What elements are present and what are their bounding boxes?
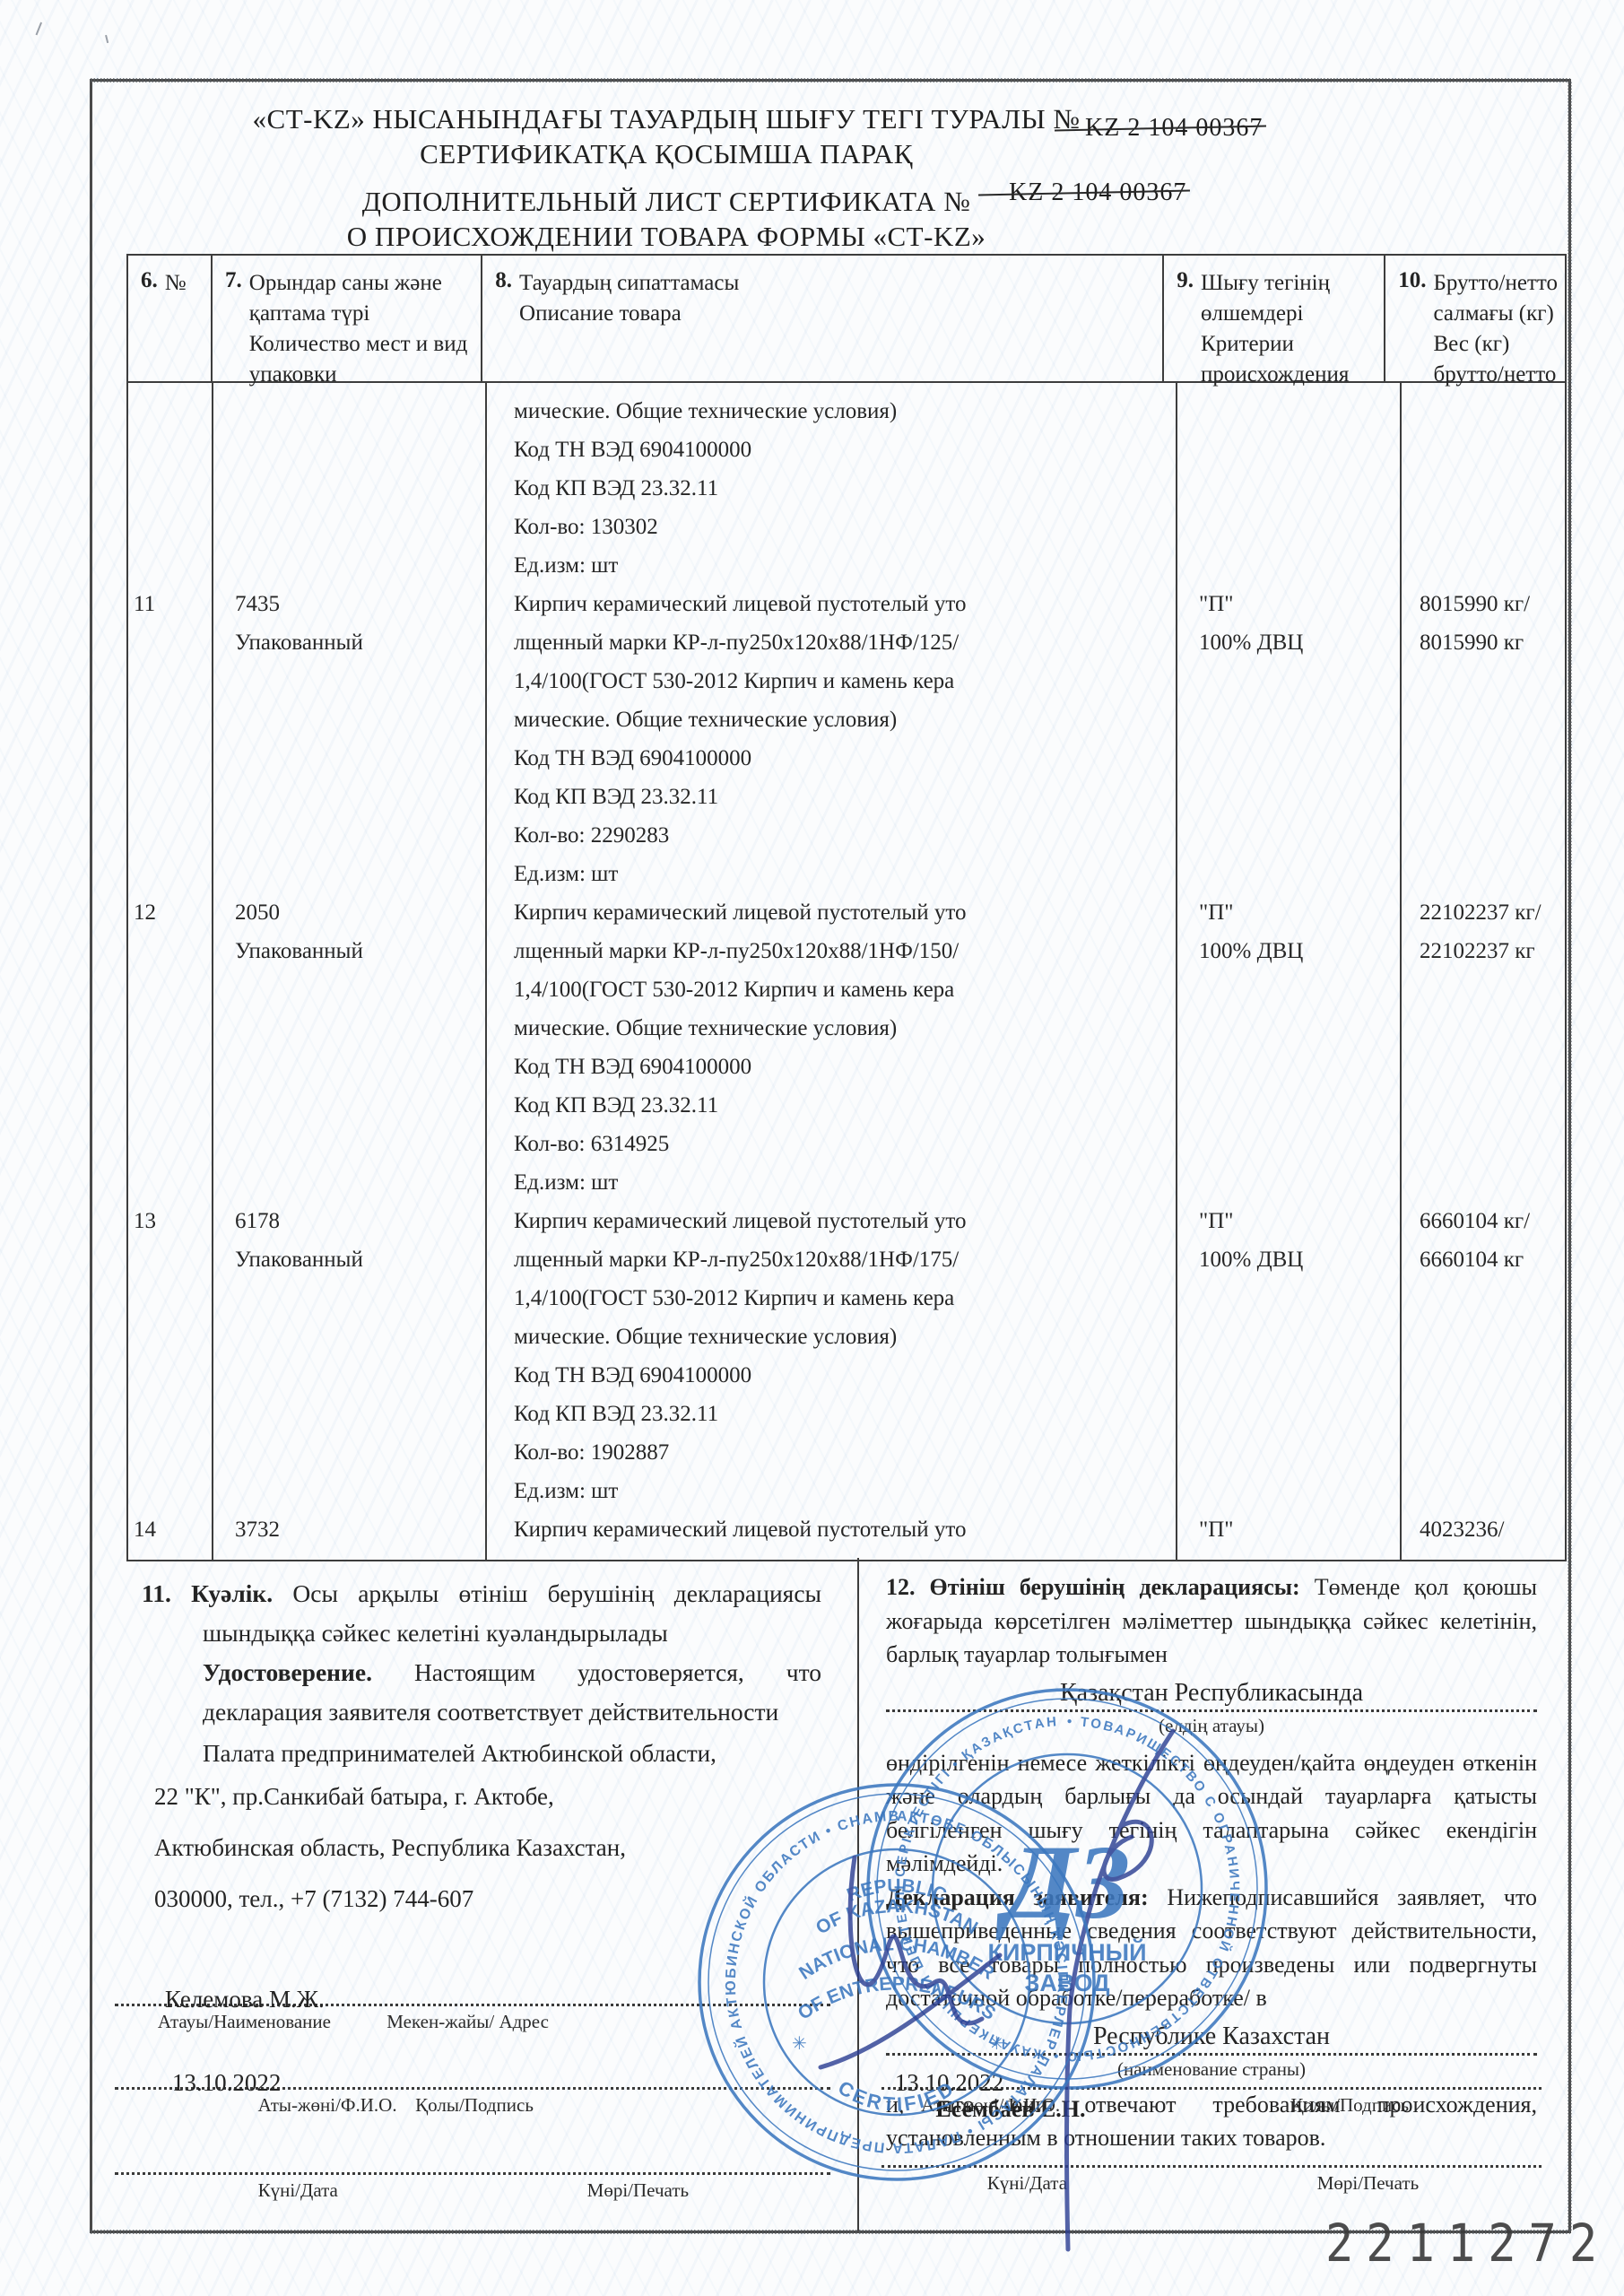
column-label: Орындар саны жәнеқаптама түріКоличество … — [249, 268, 468, 390]
column-header-no: 6. № — [128, 256, 213, 381]
certificate-number-ru: KZ 2 104 00367 — [1009, 178, 1186, 207]
text-line: "П" — [1199, 893, 1393, 932]
text-line: Ед.изм: шт — [514, 1472, 1168, 1510]
column-number: 10. — [1398, 268, 1426, 390]
cell-weight: 8015990 кг/8015990 кг — [1402, 585, 1565, 893]
label-signature: Қолы/Подпись — [1290, 2094, 1409, 2117]
text-line: Кол-во: 1902887 — [514, 1433, 1168, 1472]
cell-desc: Кирпич керамический лицевой пустотелый у… — [487, 1510, 1177, 1560]
text-line: лщенный марки КР-л-пу250х120х88/1НФ/125/ — [514, 623, 1168, 662]
text-line: Кирпич керамический лицевой пустотелый у… — [514, 893, 1168, 932]
svg-text:CERTIFIED: CERTIFIED — [834, 2076, 960, 2116]
text-line: 4023236/ — [1420, 1510, 1558, 1549]
text-line: Ед.изм: шт — [514, 1163, 1168, 1202]
cell-no: 14 — [128, 1510, 213, 1560]
section-number: 11. — [142, 1579, 171, 1607]
text-line: 8015990 кг — [1420, 623, 1558, 662]
text-line: Код ТН ВЭД 6904100000 — [514, 739, 1168, 778]
text-line: лщенный марки КР-л-пу250х120х88/1НФ/175/ — [514, 1240, 1168, 1279]
text-line: 22102237 кг/ — [1420, 893, 1558, 932]
column-label: № — [165, 268, 187, 299]
date-value: 13.10.2022 — [172, 2069, 282, 2097]
text-line: Упакованный — [235, 1240, 478, 1279]
text-line: Кол-во: 6314925 — [514, 1125, 1168, 1163]
text-line: мические. Общие технические условия) — [514, 700, 1168, 739]
text-line: № — [165, 268, 187, 299]
text-line: "П" — [1199, 1510, 1393, 1549]
certificate-number-kk: KZ 2 104 00367 — [1085, 114, 1263, 143]
stamp-arc-kazakhstan: OF KAZAKHSTAN — [812, 1896, 981, 1939]
column-header-weight: 10. Брутто/неттосалмағы (кг)Вес (кг)брут… — [1385, 256, 1565, 381]
cell-weight: 22102237 кг/22102237 кг — [1402, 893, 1565, 1202]
text-line: Код КП ВЭД 23.32.11 — [514, 469, 1168, 508]
text-line: 100% ДВЦ — [1199, 623, 1393, 662]
stamp-star-icon: ✳ — [989, 2034, 1004, 2054]
label-fio: Аты-жөні/Ф.И.О. — [258, 2094, 397, 2117]
text-line: "П" — [1199, 1202, 1393, 1240]
cell-criteria — [1177, 381, 1402, 585]
text-line: 7435 — [235, 585, 478, 623]
text-line: 2050 — [235, 893, 478, 932]
label-stamp: Мөрі/Печать — [1317, 2172, 1419, 2195]
title-ru-line2: О ПРОИСХОЖДЕНИИ ТОВАРА ФОРМЫ «СТ-KZ» — [137, 219, 1195, 254]
text-line: мические. Общие технические условия) — [514, 1318, 1168, 1356]
table-row: мические. Общие технические условия)Код … — [128, 381, 1565, 585]
cell-desc: Кирпич керамический лицевой пустотелый у… — [487, 893, 1177, 1202]
text-line: 14 — [134, 1510, 204, 1549]
text-line: Тауардың сипаттамасы — [519, 268, 739, 299]
column-label: Тауардың сипаттамасыОписание товара — [519, 268, 739, 329]
cell-places: 2050Упакованный — [213, 893, 487, 1202]
column-number: 9. — [1177, 268, 1194, 390]
title-kk-line1: «СТ-KZ» НЫСАНЫНДАҒЫ ТАУАРДЫҢ ШЫҒУ ТЕГІ Т… — [137, 101, 1195, 136]
cell-places — [213, 381, 487, 585]
stamp-arc-certified: CERTIFIED — [834, 2076, 960, 2116]
column-header-places: 7. Орындар саны жәнеқаптама түріКоличест… — [213, 256, 482, 381]
cell-weight — [1402, 381, 1565, 585]
text-line: 6660104 кг/ — [1420, 1202, 1558, 1240]
scan-mark — [105, 33, 116, 43]
text-line: Палата предпринимателей Актюбинской обла… — [154, 1735, 821, 1771]
text-line: Упакованный — [235, 623, 478, 662]
text-line: Количество мест и вид — [249, 329, 468, 360]
text-line: салмағы (кг) — [1434, 299, 1559, 329]
text-line: мические. Общие технические условия) — [514, 392, 1168, 430]
label-signature: Қолы/Подпись — [415, 2094, 534, 2117]
cell-places: 3732 — [213, 1510, 487, 1560]
text-line: өлшемдері — [1201, 299, 1349, 329]
declaration-lead-kk: Өтініш берушінің декларациясы: — [929, 1574, 1299, 1600]
text-line: Шығу тегінің — [1201, 268, 1349, 299]
text-line: Код ТН ВЭД 6904100000 — [514, 430, 1168, 469]
text-line: Кирпич керамический лицевой пустотелый у… — [514, 1510, 1168, 1549]
label-date: Күні/Дата — [258, 2179, 338, 2202]
label-name: Атауы/Наименование — [158, 2011, 331, 2033]
goods-table: 6. № 7. Орындар саны жәнеқаптама түріКол… — [126, 254, 1567, 1561]
cell-criteria: "П"100% ДВЦ — [1177, 893, 1402, 1202]
text-line: Кирпич керамический лицевой пустотелый у… — [514, 1202, 1168, 1240]
certification-lead-kk: Куәлік. — [191, 1579, 273, 1607]
cell-no — [128, 381, 213, 585]
chamber-seal-stamp: АҚТӨБЕ ОБЛЫСЫНЫҢ КӘСІПКЕРЛЕР ПАЛАТАСЫ • … — [686, 1771, 1107, 2193]
text-line: Ед.изм: шт — [514, 546, 1168, 585]
table-header-row: 6. № 7. Орындар саны жәнеқаптама түріКол… — [128, 256, 1565, 383]
text-line: қаптама түрі — [249, 299, 468, 329]
cell-desc: мические. Общие технические условия)Код … — [487, 381, 1177, 585]
column-number: 7. — [225, 268, 242, 390]
text-line: 13 — [134, 1202, 204, 1240]
cell-desc: Кирпич керамический лицевой пустотелый у… — [487, 1202, 1177, 1510]
declaration-paragraph-kk: 12. Өтініш берушінің декларациясы: Төмен… — [886, 1570, 1537, 1672]
text-line: Кол-во: 2290283 — [514, 816, 1168, 855]
form-serial-number: 2211272 — [1325, 2213, 1610, 2274]
certificate-page: «СТ-KZ» НЫСАНЫНДАҒЫ ТАУАРДЫҢ ШЫҒУ ТЕГІ Т… — [0, 0, 1624, 2296]
cell-criteria: "П"100% ДВЦ — [1177, 585, 1402, 893]
cell-no: 12 — [128, 893, 213, 1202]
cell-places: 6178Упакованный — [213, 1202, 487, 1510]
text-line: 100% ДВЦ — [1199, 1240, 1393, 1279]
column-label: Шығу тегініңөлшемдеріКритериипроисхожден… — [1201, 268, 1349, 390]
title-kk-line2: СЕРТИФИКАТҚА ҚОСЫМША ПАРАҚ — [137, 136, 1195, 171]
text-line: Брутто/нетто — [1434, 268, 1559, 299]
text-line: Вес (кг) — [1434, 329, 1559, 360]
text-line: "П" — [1199, 585, 1393, 623]
certification-text-kk: Осы арқылы өтініш берушінің декларациясы… — [203, 1579, 821, 1647]
table-row: 143732Кирпич керамический лицевой пустот… — [128, 1510, 1565, 1560]
text-line: Ед.изм: шт — [514, 855, 1168, 893]
text-line: 6660104 кг — [1420, 1240, 1558, 1279]
text-line: Орындар саны және — [249, 268, 468, 299]
text-line: 6178 — [235, 1202, 478, 1240]
text-line: 100% ДВЦ — [1199, 932, 1393, 970]
table-row: 136178УпакованныйКирпич керамический лиц… — [128, 1202, 1565, 1510]
stamp-star-icon: ✳ — [792, 2034, 807, 2054]
text-line: 1,4/100(ГОСТ 530-2012 Кирпич и камень ке… — [514, 1279, 1168, 1318]
cell-weight: 6660104 кг/6660104 кг — [1402, 1202, 1565, 1510]
text-line: Критерии — [1201, 329, 1349, 360]
text-line: 22102237 кг — [1420, 932, 1558, 970]
text-line: Кирпич керамический лицевой пустотелый у… — [514, 585, 1168, 623]
text-line: Код КП ВЭД 23.32.11 — [514, 1086, 1168, 1125]
certification-paragraph-kk: 11. Куәлік. Осы арқылы өтініш берушінің … — [142, 1574, 821, 1653]
scan-mark — [36, 22, 49, 39]
text-line: 1,4/100(ГОСТ 530-2012 Кирпич и камень ке… — [514, 970, 1168, 1009]
text-line: Код ТН ВЭД 6904100000 — [514, 1356, 1168, 1395]
column-number: 6. — [141, 268, 158, 299]
cell-weight: 4023236/ — [1402, 1510, 1565, 1560]
text-line: 3732 — [235, 1510, 478, 1549]
text-line: мические. Общие технические условия) — [514, 1009, 1168, 1048]
svg-text:OF KAZAKHSTAN: OF KAZAKHSTAN — [812, 1896, 981, 1939]
issuer-name-value: Келемова М.Ж. — [165, 1986, 325, 2013]
label-stamp: Мөрі/Печать — [587, 2179, 689, 2202]
certification-paragraph-ru: Удостоверение. Настоящим удостоверяется,… — [142, 1653, 821, 1732]
text-line: Код ТН ВЭД 6904100000 — [514, 1048, 1168, 1086]
certification-lead-ru: Удостоверение. — [203, 1658, 372, 1686]
text-line: Кол-во: 130302 — [514, 508, 1168, 546]
cell-desc: Кирпич керамический лицевой пустотелый у… — [487, 585, 1177, 893]
text-line: 11 — [134, 585, 204, 623]
cell-no: 13 — [128, 1202, 213, 1510]
cell-criteria: "П"100% ДВЦ — [1177, 1202, 1402, 1510]
cell-places: 7435Упакованный — [213, 585, 487, 893]
text-line: Код КП ВЭД 23.32.11 — [514, 778, 1168, 816]
microprint-border-top — [91, 78, 1570, 83]
column-number: 8. — [495, 268, 512, 329]
text-line: Код КП ВЭД 23.32.11 — [514, 1395, 1168, 1433]
table-row: 117435УпакованныйКирпич керамический лиц… — [128, 585, 1565, 893]
column-header-description: 8. Тауардың сипаттамасыОписание товара — [482, 256, 1164, 381]
cell-criteria: "П" — [1177, 1510, 1402, 1560]
document-header: «СТ-KZ» НЫСАНЫНДАҒЫ ТАУАРДЫҢ ШЫҒУ ТЕГІ Т… — [137, 101, 1195, 254]
text-line: Описание товара — [519, 299, 739, 329]
table-row: 122050УпакованныйКирпич керамический лиц… — [128, 893, 1565, 1202]
table-body: мические. Общие технические условия)Код … — [128, 381, 1565, 1560]
column-header-criteria: 9. Шығу тегініңөлшемдеріКритериипроисхож… — [1164, 256, 1385, 381]
text-line: лщенный марки КР-л-пу250х120х88/1НФ/150/ — [514, 932, 1168, 970]
text-line: 8015990 кг/ — [1420, 585, 1558, 623]
text-line: 1,4/100(ГОСТ 530-2012 Кирпич и камень ке… — [514, 662, 1168, 700]
text-line: 12 — [134, 893, 204, 932]
label-address: Мекен-жайы/ Адрес — [386, 2011, 549, 2033]
cell-no: 11 — [128, 585, 213, 893]
section-number: 12. — [886, 1574, 916, 1600]
column-label: Брутто/неттосалмағы (кг)Вес (кг)брутто/н… — [1434, 268, 1559, 390]
text-line: Упакованный — [235, 932, 478, 970]
